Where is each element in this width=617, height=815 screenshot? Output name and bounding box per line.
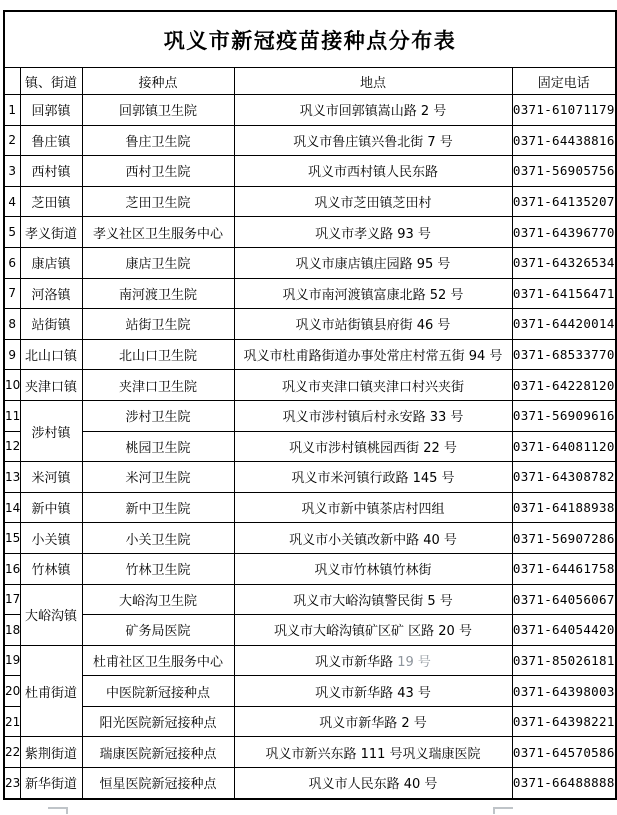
phone-cell: 0371-61071179 (512, 95, 616, 126)
table-row: 9北山口镇北山口卫生院巩义市杜甫路街道办事处常庄村常五街 94 号0371-68… (4, 339, 616, 370)
phone-cell: 0371-56907286 (512, 523, 616, 554)
table-row: 12桃园卫生院巩义市涉村镇桃园西街 22 号0371-64081120 (4, 431, 616, 462)
row-number-cell: 18 (4, 615, 20, 646)
phone-cell: 0371-64420014 (512, 309, 616, 340)
site-cell: 回郭镇卫生院 (82, 95, 234, 126)
site-cell: 桃园卫生院 (82, 431, 234, 462)
address-cell: 巩义市南河渡镇富康北路 52 号 (234, 278, 512, 309)
row-number-cell: 3 (4, 156, 20, 187)
page-title: 巩义市新冠疫苗接种点分布表 (4, 11, 616, 68)
table-row: 19杜甫街道杜甫社区卫生服务中心巩义市新华路 19 号0371-85026181 (4, 645, 616, 676)
col-header-town: 镇、街道 (20, 68, 82, 95)
address-cell: 巩义市新华路 2 号 (234, 706, 512, 737)
col-header-phone: 固定电话 (512, 68, 616, 95)
site-cell: 大峪沟卫生院 (82, 584, 234, 615)
table-row: 15小关镇小关卫生院巩义市小关镇改新中路 40 号0371-56907286 (4, 523, 616, 554)
phone-cell: 0371-56905756 (512, 156, 616, 187)
site-cell: 南河渡卫生院 (82, 278, 234, 309)
table-row: 16竹林镇竹林卫生院巩义市竹林镇竹林街0371-64461758 (4, 553, 616, 584)
town-cell: 站街镇 (20, 309, 82, 340)
table-row: 2鲁庄镇鲁庄卫生院巩义市鲁庄镇兴鲁北街 7 号0371-64438816 (4, 125, 616, 156)
site-cell: 竹林卫生院 (82, 553, 234, 584)
address-cell: 巩义市人民东路 40 号 (234, 768, 512, 799)
phone-cell: 0371-64228120 (512, 370, 616, 401)
table-row: 21阳光医院新冠接种点巩义市新华路 2 号0371-64398221 (4, 706, 616, 737)
address-cell: 巩义市新兴东路 111 号巩义瑞康医院 (234, 737, 512, 768)
row-number-cell: 6 (4, 247, 20, 278)
phone-cell: 0371-64398221 (512, 706, 616, 737)
table-row: 5孝义街道孝义社区卫生服务中心巩义市孝义路 93 号0371-64396770 (4, 217, 616, 248)
table-row: 13米河镇米河卫生院巩义市米河镇行政路 145 号0371-64308782 (4, 462, 616, 493)
address-cell: 巩义市竹林镇竹林街 (234, 553, 512, 584)
address-cell: 巩义市西村镇人民东路 (234, 156, 512, 187)
row-number-cell: 2 (4, 125, 20, 156)
site-cell: 鲁庄卫生院 (82, 125, 234, 156)
address-cell: 巩义市新中镇茶店村四组 (234, 492, 512, 523)
row-number-cell: 11 (4, 400, 20, 431)
table-row: 3西村镇西村卫生院巩义市西村镇人民东路0371-56905756 (4, 156, 616, 187)
page-corner-mark-left (48, 807, 68, 814)
row-number-cell: 1 (4, 95, 20, 126)
town-cell: 北山口镇 (20, 339, 82, 370)
row-number-cell: 21 (4, 706, 20, 737)
phone-cell: 0371-64135207 (512, 186, 616, 217)
town-cell: 米河镇 (20, 462, 82, 493)
address-cell: 巩义市芝田镇芝田村 (234, 186, 512, 217)
town-cell: 新华街道 (20, 768, 82, 799)
town-cell: 康店镇 (20, 247, 82, 278)
phone-cell: 0371-56909616 (512, 400, 616, 431)
col-header-site: 接种点 (82, 68, 234, 95)
row-number-cell: 4 (4, 186, 20, 217)
table-row: 18矿务局医院巩义市大峪沟镇矿区矿 区路 20 号0371-64054420 (4, 615, 616, 646)
phone-cell: 0371-64054420 (512, 615, 616, 646)
site-cell: 阳光医院新冠接种点 (82, 706, 234, 737)
table-row: 11涉村镇涉村卫生院巩义市涉村镇后村永安路 33 号0371-56909616 (4, 400, 616, 431)
row-number-cell: 5 (4, 217, 20, 248)
table-row: 8站街镇站街卫生院巩义市站街镇县府街 46 号0371-64420014 (4, 309, 616, 340)
table-body: 1回郭镇回郭镇卫生院巩义市回郭镇嵩山路 2 号0371-610711792鲁庄镇… (4, 95, 616, 799)
table-row: 4芝田镇芝田卫生院巩义市芝田镇芝田村0371-64135207 (4, 186, 616, 217)
town-cell: 紫荆街道 (20, 737, 82, 768)
table-row: 10夹津口镇夹津口卫生院巩义市夹津口镇夹津口村兴夹街0371-64228120 (4, 370, 616, 401)
town-cell: 竹林镇 (20, 553, 82, 584)
site-cell: 米河卫生院 (82, 462, 234, 493)
col-header-index (4, 68, 20, 95)
row-number-cell: 7 (4, 278, 20, 309)
site-cell: 恒星医院新冠接种点 (82, 768, 234, 799)
address-cell: 巩义市大峪沟镇警民街 5 号 (234, 584, 512, 615)
address-cell: 巩义市大峪沟镇矿区矿 区路 20 号 (234, 615, 512, 646)
site-cell: 芝田卫生院 (82, 186, 234, 217)
address-number-muted: 19 号 (397, 655, 431, 670)
site-cell: 夹津口卫生院 (82, 370, 234, 401)
vaccination-sites-page: 巩义市新冠疫苗接种点分布表 镇、街道 接种点 地点 固定电话 1回郭镇回郭镇卫生… (0, 0, 617, 815)
row-number-cell: 15 (4, 523, 20, 554)
site-cell: 瑞康医院新冠接种点 (82, 737, 234, 768)
address-cell: 巩义市站街镇县府街 46 号 (234, 309, 512, 340)
table-row: 14新中镇新中卫生院巩义市新中镇茶店村四组0371-64188938 (4, 492, 616, 523)
table-row: 22紫荆街道瑞康医院新冠接种点巩义市新兴东路 111 号巩义瑞康医院0371-6… (4, 737, 616, 768)
site-cell: 北山口卫生院 (82, 339, 234, 370)
site-cell: 矿务局医院 (82, 615, 234, 646)
phone-cell: 0371-64056067 (512, 584, 616, 615)
town-cell: 大峪沟镇 (20, 584, 82, 645)
town-cell: 新中镇 (20, 492, 82, 523)
site-cell: 站街卫生院 (82, 309, 234, 340)
title-row: 巩义市新冠疫苗接种点分布表 (4, 11, 616, 68)
column-header-row: 镇、街道 接种点 地点 固定电话 (4, 68, 616, 95)
row-number-cell: 9 (4, 339, 20, 370)
vaccination-sites-table: 巩义市新冠疫苗接种点分布表 镇、街道 接种点 地点 固定电话 1回郭镇回郭镇卫生… (3, 10, 617, 800)
address-cell: 巩义市涉村镇桃园西街 22 号 (234, 431, 512, 462)
address-cell: 巩义市米河镇行政路 145 号 (234, 462, 512, 493)
row-number-cell: 12 (4, 431, 20, 462)
site-cell: 康店卫生院 (82, 247, 234, 278)
town-cell: 杜甫街道 (20, 645, 82, 737)
address-cell: 巩义市新华路 19 号 (234, 645, 512, 676)
phone-cell: 0371-66488888 (512, 768, 616, 799)
town-cell: 小关镇 (20, 523, 82, 554)
row-number-cell: 19 (4, 645, 20, 676)
phone-cell: 0371-64188938 (512, 492, 616, 523)
row-number-cell: 16 (4, 553, 20, 584)
town-cell: 芝田镇 (20, 186, 82, 217)
table-row: 6康店镇康店卫生院巩义市康店镇庄园路 95 号0371-64326534 (4, 247, 616, 278)
site-cell: 杜甫社区卫生服务中心 (82, 645, 234, 676)
row-number-cell: 14 (4, 492, 20, 523)
phone-cell: 0371-68533770 (512, 339, 616, 370)
table-row: 1回郭镇回郭镇卫生院巩义市回郭镇嵩山路 2 号0371-61071179 (4, 95, 616, 126)
address-cell: 巩义市小关镇改新中路 40 号 (234, 523, 512, 554)
phone-cell: 0371-64396770 (512, 217, 616, 248)
row-number-cell: 8 (4, 309, 20, 340)
site-cell: 中医院新冠接种点 (82, 676, 234, 707)
phone-cell: 0371-64438816 (512, 125, 616, 156)
address-cell: 巩义市回郭镇嵩山路 2 号 (234, 95, 512, 126)
site-cell: 孝义社区卫生服务中心 (82, 217, 234, 248)
row-number-cell: 20 (4, 676, 20, 707)
town-cell: 涉村镇 (20, 400, 82, 461)
row-number-cell: 23 (4, 768, 20, 799)
town-cell: 河洛镇 (20, 278, 82, 309)
town-cell: 夹津口镇 (20, 370, 82, 401)
row-number-cell: 10 (4, 370, 20, 401)
address-cell: 巩义市新华路 43 号 (234, 676, 512, 707)
table-row: 7河洛镇南河渡卫生院巩义市南河渡镇富康北路 52 号0371-64156471 (4, 278, 616, 309)
site-cell: 小关卫生院 (82, 523, 234, 554)
phone-cell: 0371-64156471 (512, 278, 616, 309)
site-cell: 新中卫生院 (82, 492, 234, 523)
phone-cell: 0371-64326534 (512, 247, 616, 278)
town-cell: 西村镇 (20, 156, 82, 187)
row-number-cell: 17 (4, 584, 20, 615)
site-cell: 涉村卫生院 (82, 400, 234, 431)
col-header-address: 地点 (234, 68, 512, 95)
row-number-cell: 22 (4, 737, 20, 768)
table-row: 20中医院新冠接种点巩义市新华路 43 号0371-64398003 (4, 676, 616, 707)
page-corner-mark-right (493, 807, 513, 814)
town-cell: 鲁庄镇 (20, 125, 82, 156)
table-row: 17大峪沟镇大峪沟卫生院巩义市大峪沟镇警民街 5 号0371-64056067 (4, 584, 616, 615)
phone-cell: 0371-64398003 (512, 676, 616, 707)
phone-cell: 0371-64308782 (512, 462, 616, 493)
town-cell: 回郭镇 (20, 95, 82, 126)
phone-cell: 0371-64570586 (512, 737, 616, 768)
phone-cell: 0371-85026181 (512, 645, 616, 676)
address-cell: 巩义市涉村镇后村永安路 33 号 (234, 400, 512, 431)
address-cell: 巩义市夹津口镇夹津口村兴夹街 (234, 370, 512, 401)
town-cell: 孝义街道 (20, 217, 82, 248)
row-number-cell: 13 (4, 462, 20, 493)
address-cell: 巩义市鲁庄镇兴鲁北街 7 号 (234, 125, 512, 156)
table-row: 23新华街道恒星医院新冠接种点巩义市人民东路 40 号0371-66488888 (4, 768, 616, 799)
address-cell: 巩义市杜甫路街道办事处常庄村常五街 94 号 (234, 339, 512, 370)
address-cell: 巩义市孝义路 93 号 (234, 217, 512, 248)
phone-cell: 0371-64461758 (512, 553, 616, 584)
phone-cell: 0371-64081120 (512, 431, 616, 462)
address-cell: 巩义市康店镇庄园路 95 号 (234, 247, 512, 278)
site-cell: 西村卫生院 (82, 156, 234, 187)
